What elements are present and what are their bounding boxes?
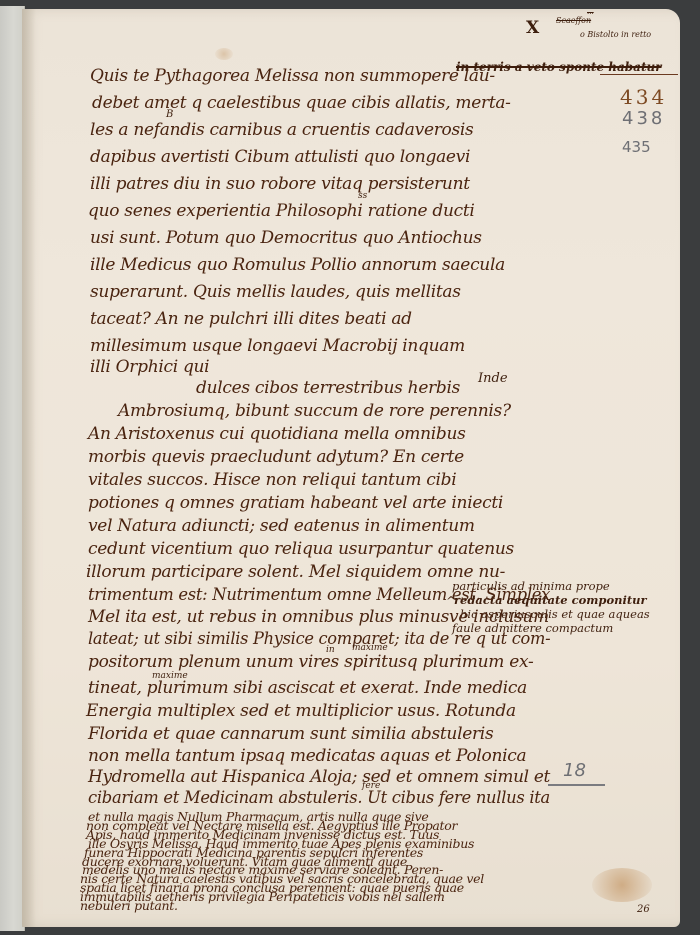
text-line: potiones q omnes gratiam habeant vel art…	[88, 493, 503, 513]
text-line: dulces cibos terrestribus herbis	[196, 378, 460, 398]
text-line: illi patres diu in suo robore vitaq pers…	[90, 174, 470, 194]
text-line: positorum plenum unum vires spiritusq pl…	[88, 652, 533, 672]
text-line: ille Medicus quo Romulus Pollio annorum …	[90, 255, 505, 275]
text-line: usi sunt. Potum quo Democritus quo Antio…	[90, 228, 482, 248]
text-line: cedunt vicentium quo reliqua usurpantur …	[88, 539, 514, 559]
text-line: quo senes experientia Philosophi ratione…	[88, 201, 475, 221]
text-line: non mella tantum ipsaq medicatas aquas e…	[88, 746, 526, 766]
text-line: superarunt. Quis mellis laudes, quis mel…	[90, 282, 461, 302]
folio-number-pencil-2: 435	[622, 138, 651, 156]
top-note-superscript: ...	[587, 8, 594, 16]
pencil-underline	[548, 784, 605, 786]
text-line: Hydromella aut Hispanica Aloja; sed et o…	[88, 767, 550, 787]
foxing-stain	[592, 868, 652, 902]
marginal-word-inde: Inde	[478, 371, 508, 386]
text-line: Mel ita est, ut rebus in omnibus plus mi…	[88, 607, 549, 627]
text-line: Energia multiplex sed et multiplicior us…	[86, 701, 516, 721]
text-line: illi Orphici qui	[90, 357, 209, 377]
text-line: Ambrosiumq, bibunt succum de rore perenn…	[118, 401, 511, 421]
text-line: morbis quevis praecludunt adytum? En cer…	[88, 447, 464, 467]
text-line: les a nefandis carnibus a cruentis cadav…	[90, 120, 473, 140]
folio-number-pencil-1: 438	[622, 108, 665, 129]
text-line: dapibus avertisti Cibum attulisti quo lo…	[90, 147, 470, 167]
text-line: Quis te Pythagorea Melissa non summopere…	[90, 66, 495, 86]
text-line: trimentum est: Nutrimentum omne Melleum …	[88, 585, 550, 605]
corner-number: 26	[637, 904, 650, 915]
text-line: tineat, plurimum sibi asciscat et exerat…	[88, 678, 527, 698]
pencil-number: 18	[563, 760, 586, 781]
text-line: An Aristoxenus cui quotidiana mella omni…	[88, 424, 466, 444]
top-note-line1: Scaeffon	[556, 16, 591, 25]
top-note-line2: o Bistolto in retto	[580, 30, 651, 39]
folio-number-ink: 434	[620, 85, 667, 109]
note-underline	[600, 74, 678, 75]
text-line: taceat? An ne pulchri illi dites beati a…	[90, 309, 412, 329]
text-line: debet amet q caelestibus quae cibis alla…	[92, 93, 511, 113]
text-line: Florida et quae cannarum sunt similia ab…	[88, 724, 493, 744]
text-line: illorum participare solent. Mel siquidem…	[86, 562, 505, 582]
text-line: millesimum usque longaevi Macrobij inqua…	[90, 336, 465, 356]
page-gutter-shadow	[22, 9, 36, 927]
interlinear-note: B	[166, 109, 173, 120]
text-line: vitales succos. Hisce non reliqui tantum…	[88, 470, 456, 490]
cross-mark: X	[526, 18, 539, 38]
foxing-stain	[215, 48, 233, 60]
text-line: lateat; ut sibi similis Physice comparet…	[88, 629, 550, 649]
interlinear-note: ss	[358, 191, 367, 201]
text-line: nebuleri putant.	[80, 898, 178, 913]
text-line: vel Natura adiuncti; sed eatenus in alim…	[88, 516, 475, 536]
text-line: cibariam et Medicinam abstuleris. Ut cib…	[88, 788, 550, 808]
